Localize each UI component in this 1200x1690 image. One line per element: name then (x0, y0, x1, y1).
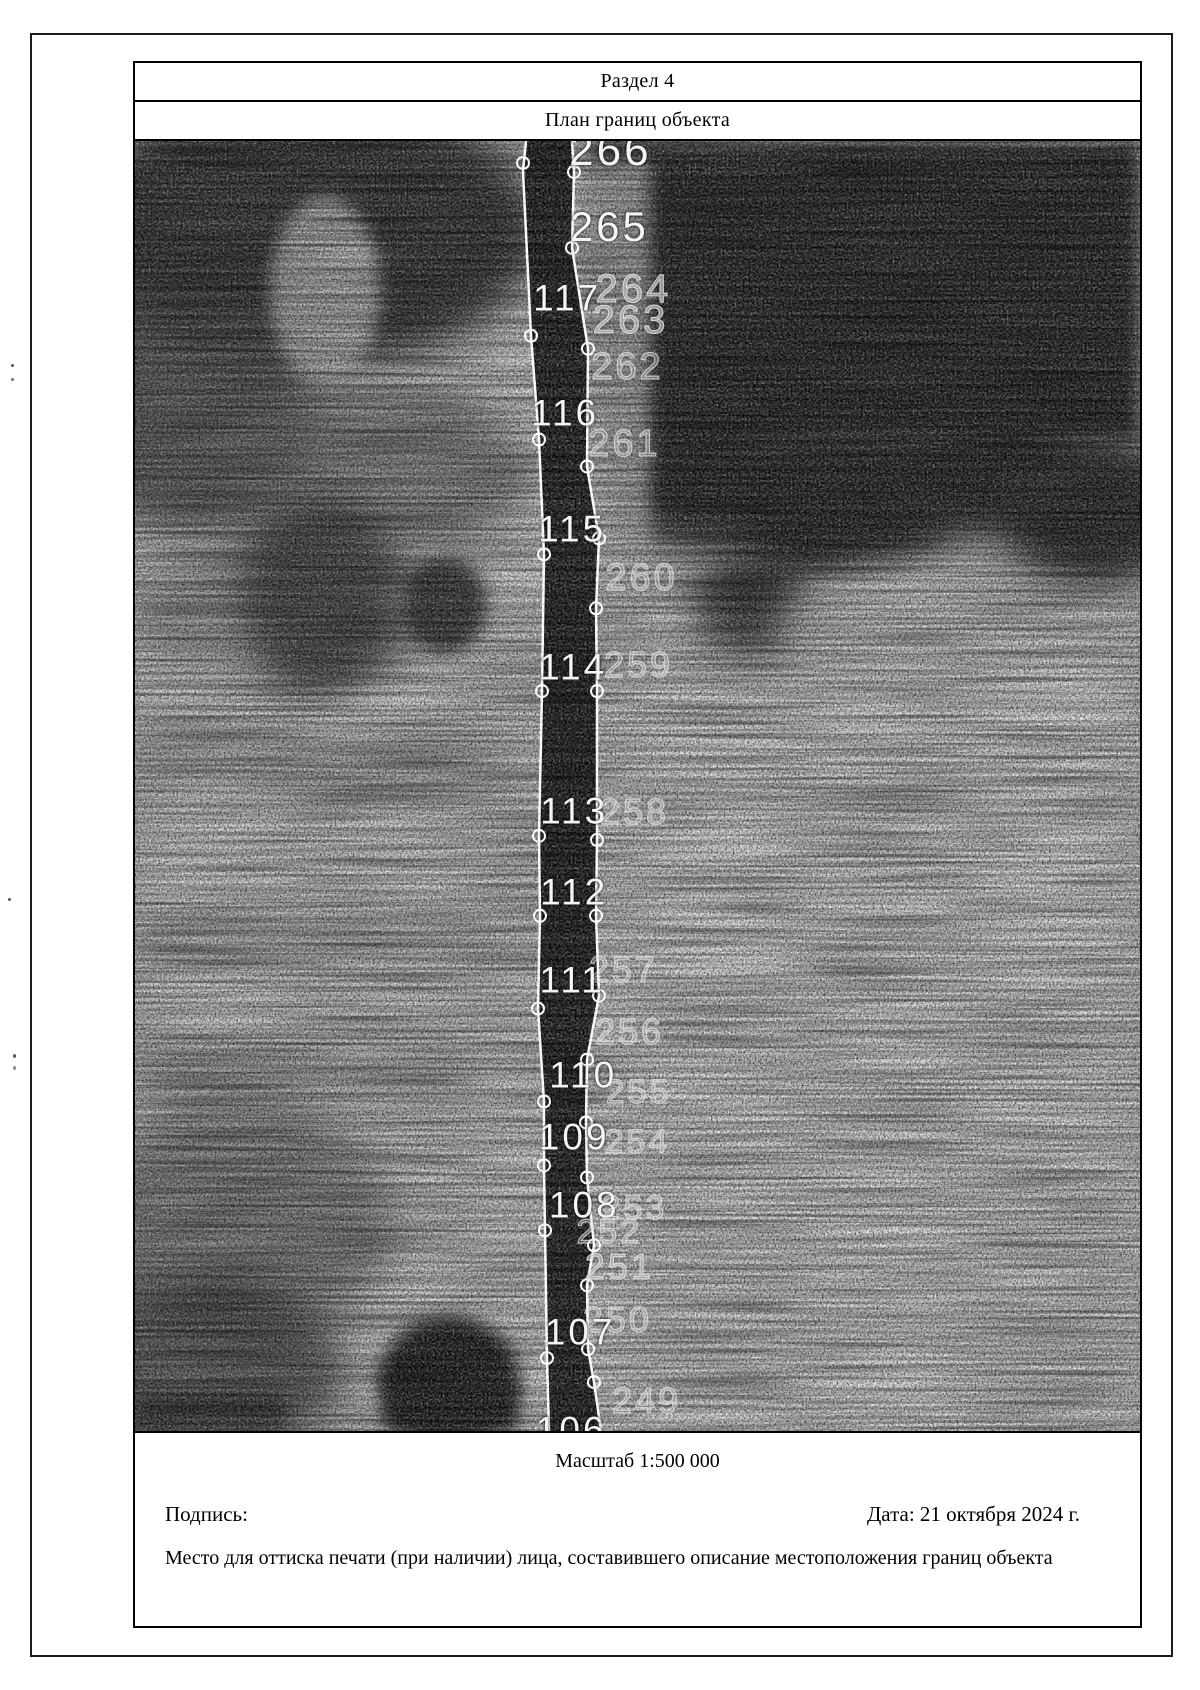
section-header-row: Раздел 4 (135, 63, 1140, 102)
scan-speck (8, 898, 11, 901)
scan-speck (13, 1054, 16, 1058)
boundary-point-label-109: 109 (539, 1118, 610, 1155)
boundary-point-label-266: 266 (569, 141, 651, 173)
boundary-point-label-111: 111 (540, 961, 605, 998)
boundary-point-label-115: 115 (538, 511, 606, 548)
boundary-point-label-258: 258 (600, 794, 669, 830)
boundary-plan-table: Раздел 4 План границ объекта (133, 61, 1142, 1628)
boundary-point-label-260: 260 (605, 559, 677, 597)
section-title: Раздел 4 (601, 70, 675, 93)
boundary-point-label-112: 112 (540, 873, 608, 910)
scale-row: Масштаб 1:500 000 (135, 1450, 1140, 1473)
plan-title-row: План границ объекта (135, 102, 1140, 141)
boundary-point-label-117: 117 (533, 280, 601, 317)
boundary-point-label-107: 107 (545, 1313, 616, 1350)
boundary-plan-map: 2662652641172632621162611152601142591132… (135, 141, 1140, 1433)
plan-title: План границ объекта (545, 109, 730, 132)
date-label: Дата: 21 октября 2024 г. (867, 1502, 1080, 1527)
signature-row: Подпись: Дата: 21 октября 2024 г. (135, 1502, 1140, 1527)
scan-speck (11, 364, 14, 367)
boundary-point-label-114: 114 (539, 649, 607, 686)
boundary-point-label-255: 255 (606, 1075, 672, 1109)
boundary-point-label-254: 254 (605, 1125, 671, 1159)
boundary-point-label-251: 251 (585, 1249, 654, 1285)
scale-label: Масштаб 1:500 000 (555, 1450, 720, 1472)
boundary-point-label-263: 263 (593, 300, 669, 340)
boundary-point-label-252: 252 (576, 1215, 642, 1249)
boundary-point-label-261: 261 (588, 425, 660, 463)
boundary-point-label-259: 259 (604, 647, 673, 683)
boundary-point-label-106: 106 (536, 1411, 607, 1433)
signature-label: Подпись: (165, 1502, 248, 1527)
boundary-point-label-256: 256 (595, 1014, 664, 1050)
boundary-point-label-113: 113 (540, 792, 608, 829)
boundary-point-labels: 2662652641172632621162611152601142591132… (135, 141, 1140, 1431)
boundary-point-label-262: 262 (591, 348, 663, 386)
boundary-point-label-265: 265 (570, 206, 649, 248)
seal-note: Место для оттиска печати (при наличии) л… (135, 1547, 1140, 1570)
boundary-point-label-249: 249 (612, 1383, 681, 1419)
map-footer: Масштаб 1:500 000 Подпись: Дата: 21 октя… (135, 1450, 1140, 1570)
document-page: { "document": { "section_title": "Раздел… (0, 0, 1200, 1690)
